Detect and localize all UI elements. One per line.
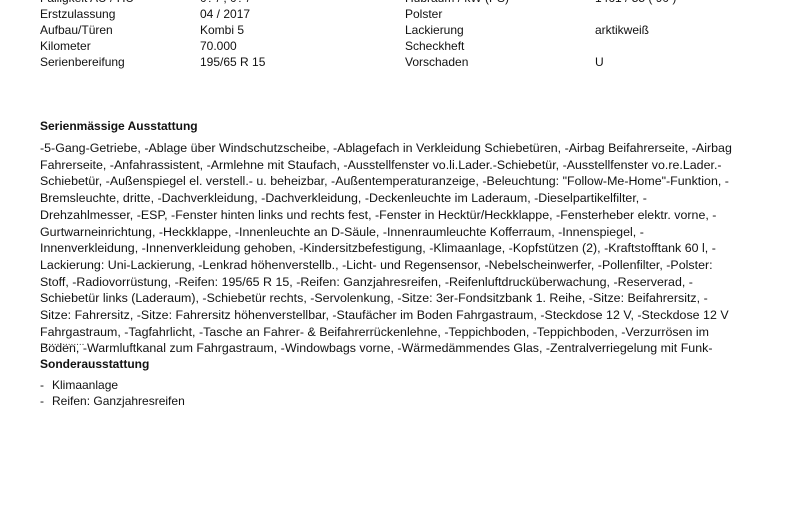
spec-label: Erstzulassung (40, 6, 115, 22)
list-item-text: Klimaanlage (52, 378, 118, 394)
spec-label: Lackierung (405, 22, 464, 38)
spec-value: 70.000 (200, 38, 237, 54)
text-line: Innenverkleidung, -Innenverkleidung geho… (40, 240, 765, 257)
spec-label: Vorschaden (405, 54, 468, 70)
spec-label: Scheckheft (405, 38, 464, 54)
spec-value: Kombi 5 (200, 22, 244, 38)
spec-row: Erstzulassung 04 / 2017 Polster (0, 6, 790, 22)
list-item-text: Reifen: Ganzjahresreifen (52, 394, 185, 410)
truncation-dots: ................ (40, 338, 84, 348)
spec-row: Aufbau/Türen Kombi 5 Lackierung arktikwe… (0, 22, 790, 38)
text-line: -5-Gang-Getriebe, -Ablage über Windschut… (40, 140, 765, 157)
spec-value: 04 / 2017 (200, 6, 250, 22)
text-line: Schiebetür links (Laderaum), -Schiebetür… (40, 290, 765, 307)
text-line: Boden, -Warmluftkanal zum Fahrgastraum, … (40, 340, 765, 357)
text-line: Lackierung: Uni-Lackierung, -Lenkrad höh… (40, 257, 765, 274)
spec-value: 195/65 R 15 (200, 54, 265, 70)
text-line: Stoff, -Radiovorrüstung, -Reifen: 195/65… (40, 274, 765, 291)
bullet-dash: - (40, 378, 44, 394)
spec-label: Kilometer (40, 38, 91, 54)
standard-equipment-heading: Serienmässige Ausstattung (40, 118, 198, 134)
spec-label: Aufbau/Türen (40, 22, 113, 38)
spec-label: Serienbereifung (40, 54, 125, 70)
spec-value: arktikweiß (595, 22, 649, 38)
standard-equipment-text: -5-Gang-Getriebe, -Ablage über Windschut… (40, 140, 765, 357)
text-line: Schiebetür, -Außenspiegel el. verstell.-… (40, 173, 765, 190)
spec-row: Serienbereifung 195/65 R 15 Vorschaden U (0, 54, 790, 70)
spec-value: U (595, 54, 604, 70)
text-line: Fahrerseite, -Anfahrassistent, -Armlehne… (40, 157, 765, 174)
bullet-dash: - (40, 394, 44, 410)
text-line: Sitze: Fahrersitz, -Sitze: Fahrersitz hö… (40, 307, 765, 324)
text-line: Drehzahlmesser, -ESP, -Fenster hinten li… (40, 207, 765, 224)
vehicle-specs-table: Fälligkeit AU / HU 0? / ; 0? / Hubraum /… (0, 0, 790, 70)
spec-label: Polster (405, 6, 442, 22)
text-line: Fahrgastraum, -Tagfahrlicht, -Tasche an … (40, 324, 765, 341)
optional-equipment-heading: Sonderausstattung (40, 356, 149, 372)
text-line: Gurtwarneinrichtung, -Heckklappe, -Innen… (40, 224, 765, 241)
text-line: Bremsleuchte, dritte, -Dachverkleidung, … (40, 190, 765, 207)
spec-row: Kilometer 70.000 Scheckheft (0, 38, 790, 54)
